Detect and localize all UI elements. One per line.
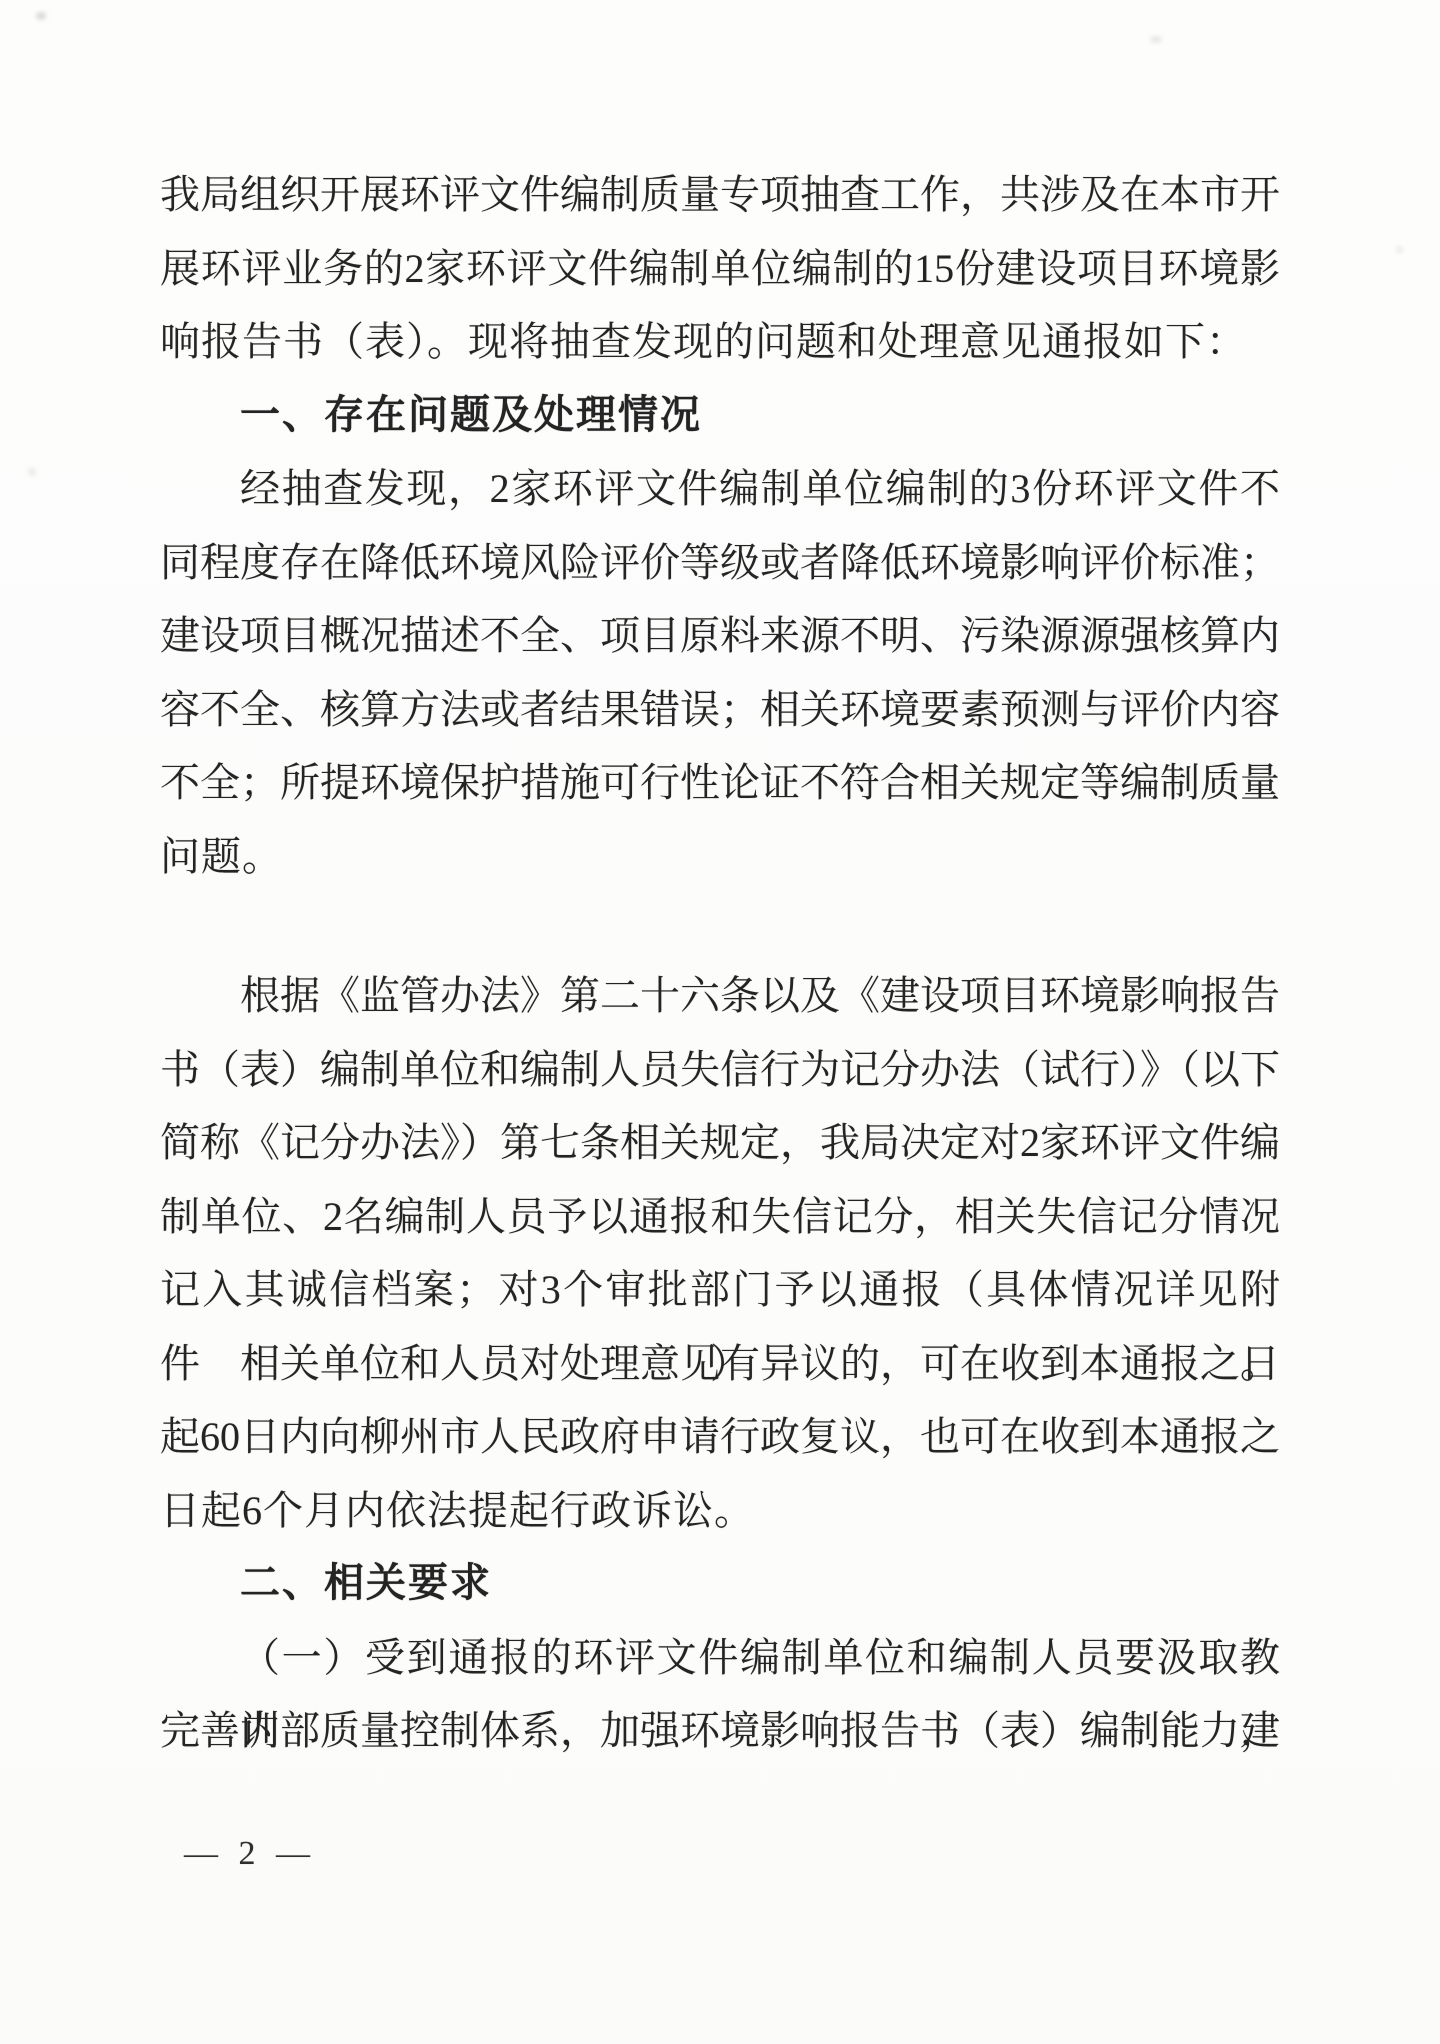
- page-number: — 2 —: [160, 1830, 1280, 1878]
- text-line: 容不全、核算方法或者结果错误；相关环境要素预测与评价内容: [160, 673, 1280, 747]
- text-line: 经抽查发现，2家环评文件编制单位编制的3份环评文件不: [160, 452, 1280, 526]
- text-line: 日起6个月内依法提起行政诉讼。: [160, 1474, 1280, 1548]
- text-line: 简称《记分办法》）第七条相关规定，我局决定对2家环评文件编: [160, 1106, 1280, 1180]
- text-line: 同程度存在降低环境风险评价等级或者降低环境影响评价标准；: [160, 526, 1280, 600]
- text-line: 建设项目概况描述不全、项目原料来源不明、污染源源强核算内: [160, 599, 1280, 673]
- text-line: （一）受到通报的环评文件编制单位和编制人员要汲取教训，: [160, 1621, 1280, 1695]
- section-heading: 一、存在问题及处理情况: [160, 379, 1280, 453]
- section-heading: 二、相关要求: [160, 1547, 1280, 1621]
- text-line: 相关单位和人员对处理意见有异议的，可在收到本通报之日: [160, 1327, 1280, 1401]
- text-line: 我局组织开展环评文件编制质量专项抽查工作，共涉及在本市开: [160, 158, 1280, 232]
- text-line: 展环评业务的2家环评文件编制单位编制的15份建设项目环境影: [160, 232, 1280, 306]
- text-line: 记入其诚信档案；对3个审批部门予以通报（具体情况详见附件）。: [160, 1253, 1280, 1327]
- text-line: 根据《监管办法》第二十六条以及《建设项目环境影响报告: [160, 959, 1280, 1033]
- document-body: 我局组织开展环评文件编制质量专项抽查工作，共涉及在本市开 展环评业务的2家环评文…: [0, 0, 1440, 1878]
- text-line: 问题。: [160, 820, 1280, 894]
- text-line: 制单位、2名编制人员予以通报和失信记分，相关失信记分情况: [160, 1180, 1280, 1254]
- text-line: 起60日内向柳州市人民政府申请行政复议，也可在收到本通报之: [160, 1400, 1280, 1474]
- text-line: 完善内部质量控制体系，加强环境影响报告书（表）编制能力建: [160, 1694, 1280, 1768]
- document-page: 我局组织开展环评文件编制质量专项抽查工作，共涉及在本市开 展环评业务的2家环评文…: [0, 0, 1440, 2044]
- text-line: 书（表）编制单位和编制人员失信行为记分办法（试行）》（以下: [160, 1033, 1280, 1107]
- scan-speck: [28, 468, 36, 476]
- text-line: 不全；所提环境保护措施可行性论证不符合相关规定等编制质量: [160, 746, 1280, 820]
- scan-speck: [1150, 36, 1162, 43]
- text-line: 响报告书（表）。现将抽查发现的问题和处理意见通报如下：: [160, 305, 1280, 379]
- scan-speck: [36, 12, 46, 20]
- scan-speck: [1396, 246, 1403, 253]
